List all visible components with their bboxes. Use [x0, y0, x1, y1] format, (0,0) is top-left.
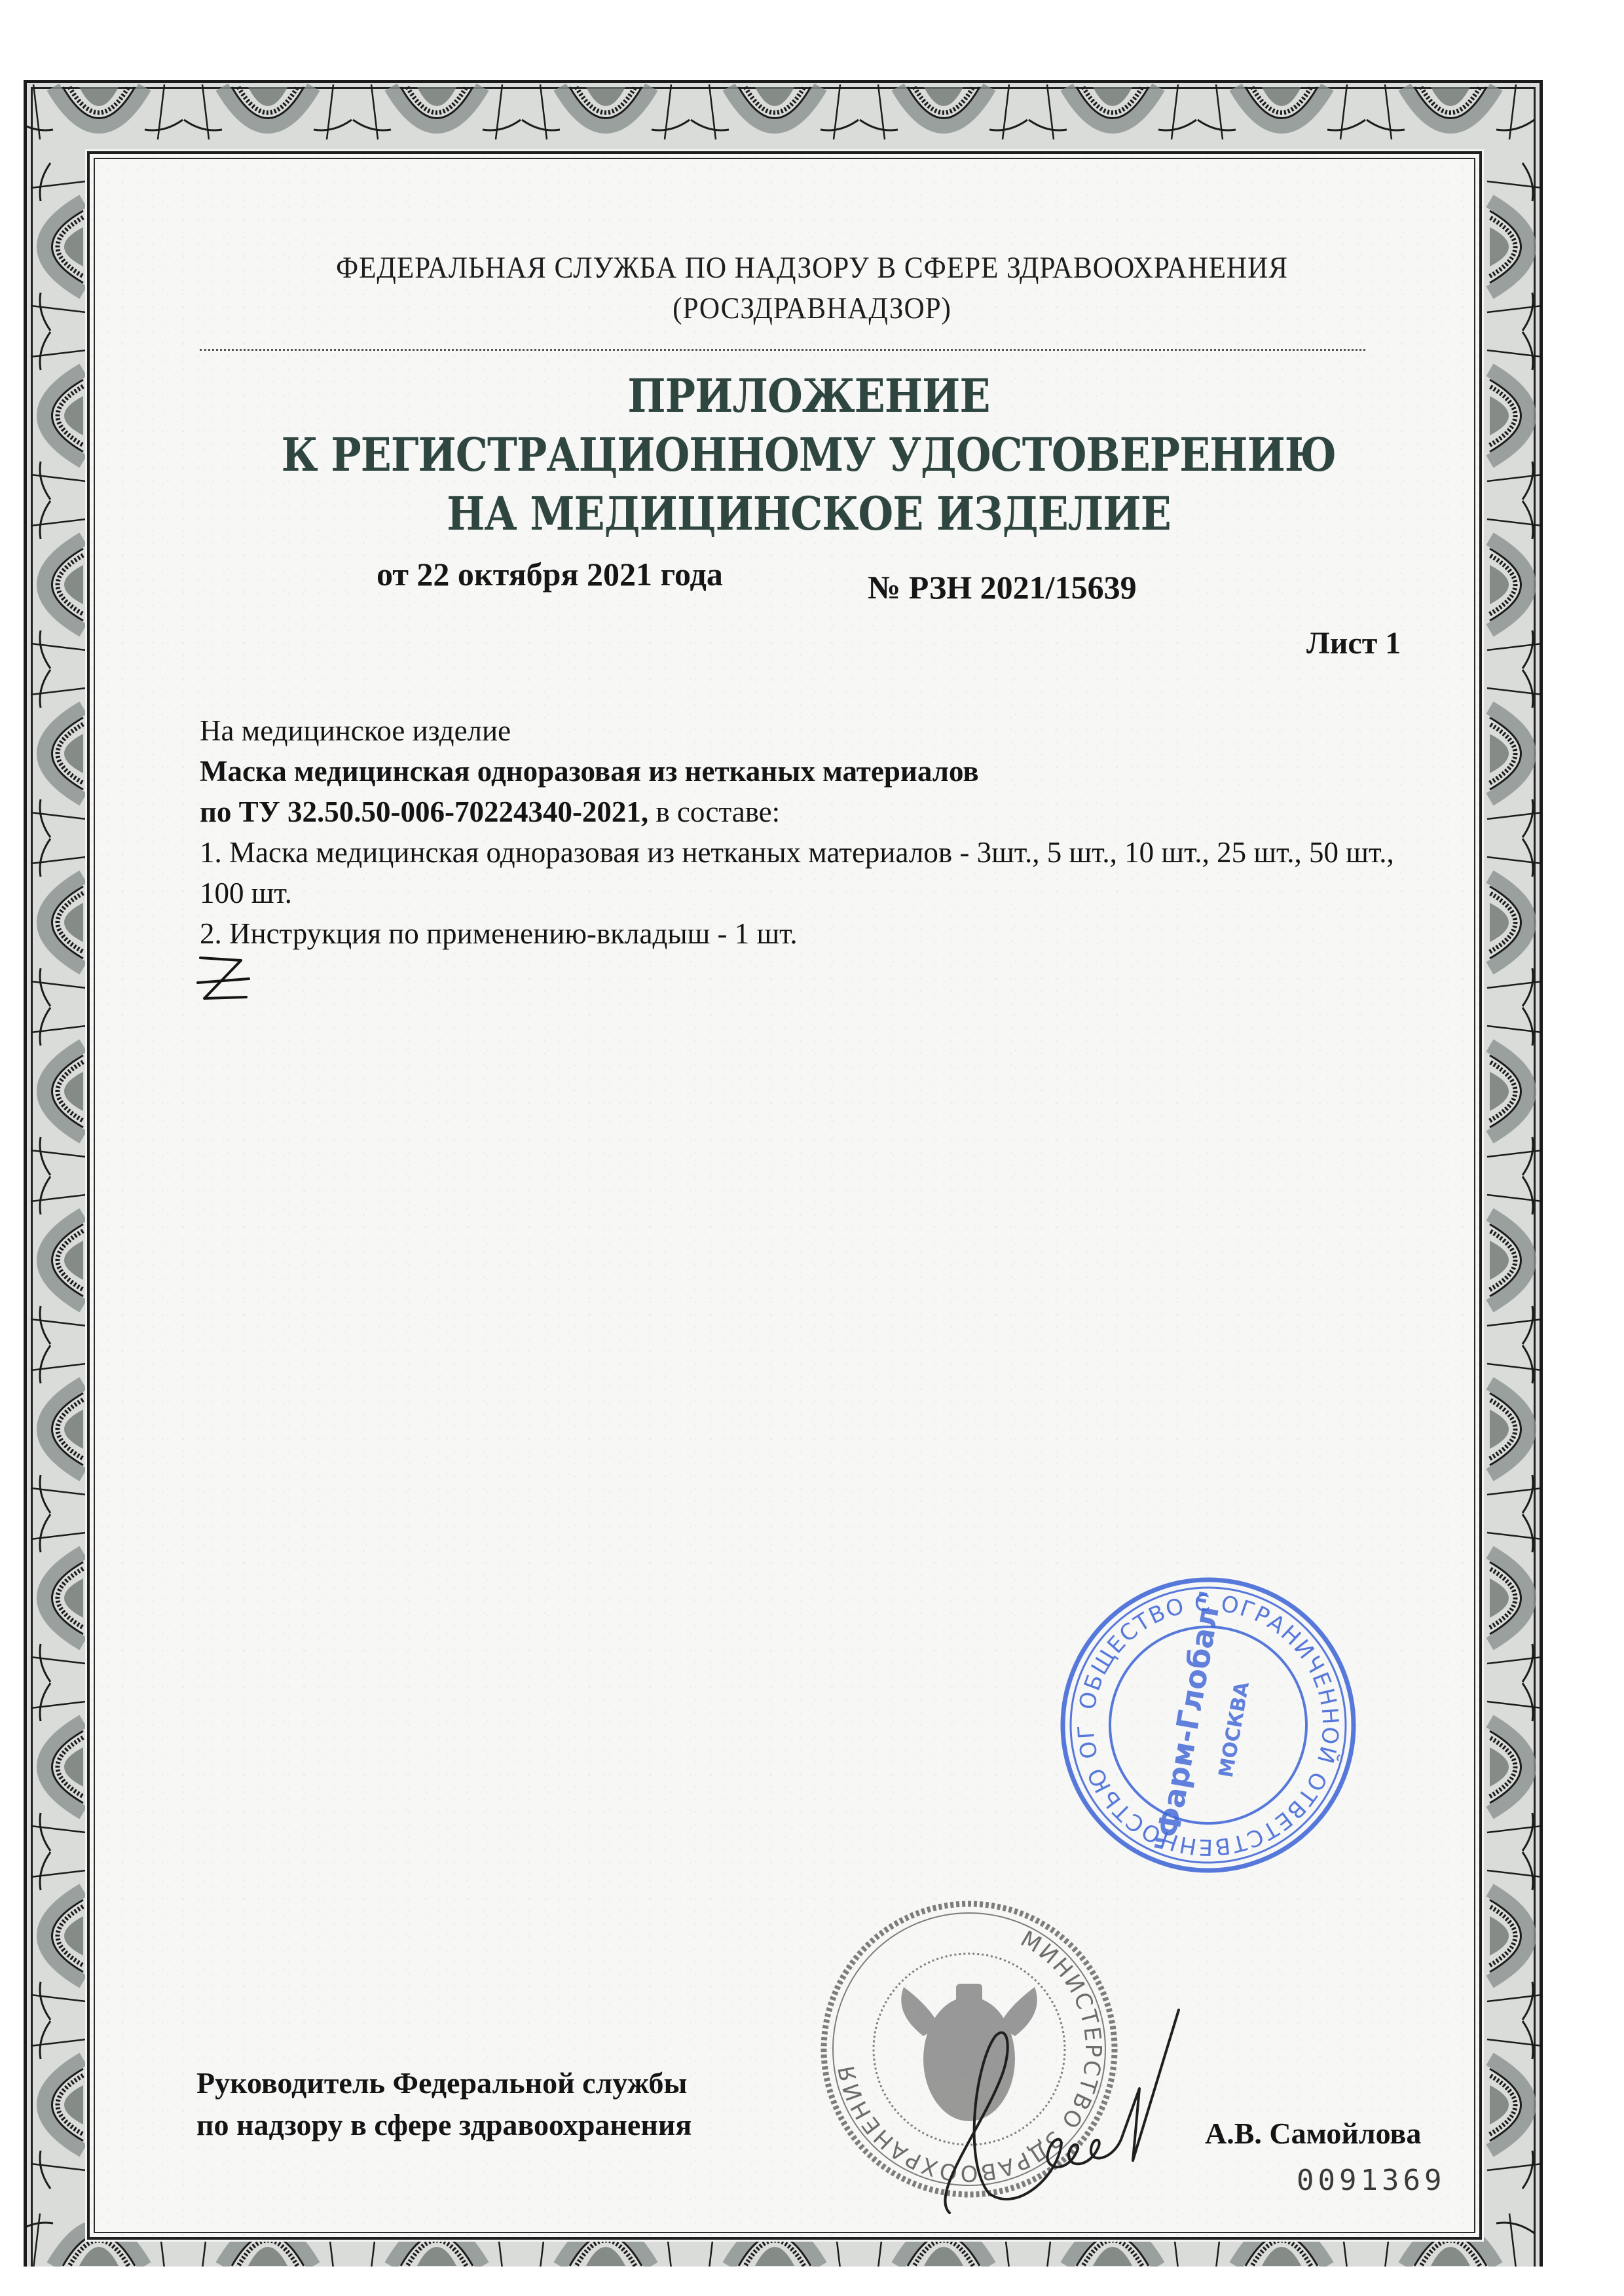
spec-line: по ТУ 32.50.50-006-70224340-2021, в сост… — [200, 792, 1444, 832]
spec-code: по ТУ 32.50.50-006-70224340-2021, — [200, 795, 648, 828]
composition-item-1: 1. Маска медицинская одноразовая из нетк… — [200, 832, 1444, 913]
company-stamp-center-text: "Фарм-Глобал" — [1148, 1588, 1229, 1855]
agency-short-name: (РОСЗДРАВНАДЗОР) — [246, 288, 1378, 329]
product-name: Маска медицинская одноразовая из нетканы… — [200, 751, 1444, 792]
title-line-3: НА МЕДИЦИНСКОЕ ИЗДЕЛИЕ — [270, 484, 1348, 543]
agency-name: ФЕДЕРАЛЬНАЯ СЛУЖБА ПО НАДЗОРУ В СФЕРЕ ЗД… — [246, 247, 1378, 288]
signer-name: А.В. Самойлова — [1205, 2116, 1421, 2151]
signature — [904, 1997, 1205, 2232]
issue-date: от 22 октября 2021 года — [377, 555, 723, 593]
company-stamp-city: МОСКВА — [1215, 1679, 1254, 1779]
signer-title: Руководитель Федеральной службы по надзо… — [196, 2062, 692, 2146]
composition-item-2: 2. Инструкция по применению-вкладыш - 1 … — [200, 913, 1444, 954]
title-line-1: ПРИЛОЖЕНИЕ — [270, 367, 1348, 426]
registration-number: № РЗН 2021/15639 — [868, 568, 1137, 606]
company-stamp: ОБЩЕСТВО С ОГРАНИЧЕННОЙ ОТВЕТСТВЕННОСТЬЮ… — [1044, 1561, 1372, 1889]
title-line-2: К РЕГИСТРАЦИОННОМУ УДОСТОВЕРЕНИЮ — [270, 426, 1348, 484]
form-serial-number: 0091369 — [1297, 2164, 1445, 2197]
sheet-number: Лист 1 — [1306, 625, 1401, 661]
signer-title-line-2: по надзору в сфере здравоохранения — [196, 2104, 692, 2146]
agency-header: ФЕДЕРАЛЬНАЯ СЛУЖБА ПО НАДЗОРУ В СФЕРЕ ЗД… — [246, 247, 1378, 329]
signer-title-line-1: Руководитель Федеральной службы — [196, 2062, 692, 2104]
handwritten-z-mark — [195, 953, 254, 1005]
intro-text: На медицинское изделие — [200, 710, 1444, 751]
document-title: ПРИЛОЖЕНИЕ К РЕГИСТРАЦИОННОМУ УДОСТОВЕРЕ… — [270, 367, 1348, 543]
header-divider — [200, 349, 1365, 351]
spec-suffix: в составе: — [648, 795, 780, 828]
document-body: На медицинское изделие Маска медицинская… — [200, 710, 1444, 954]
